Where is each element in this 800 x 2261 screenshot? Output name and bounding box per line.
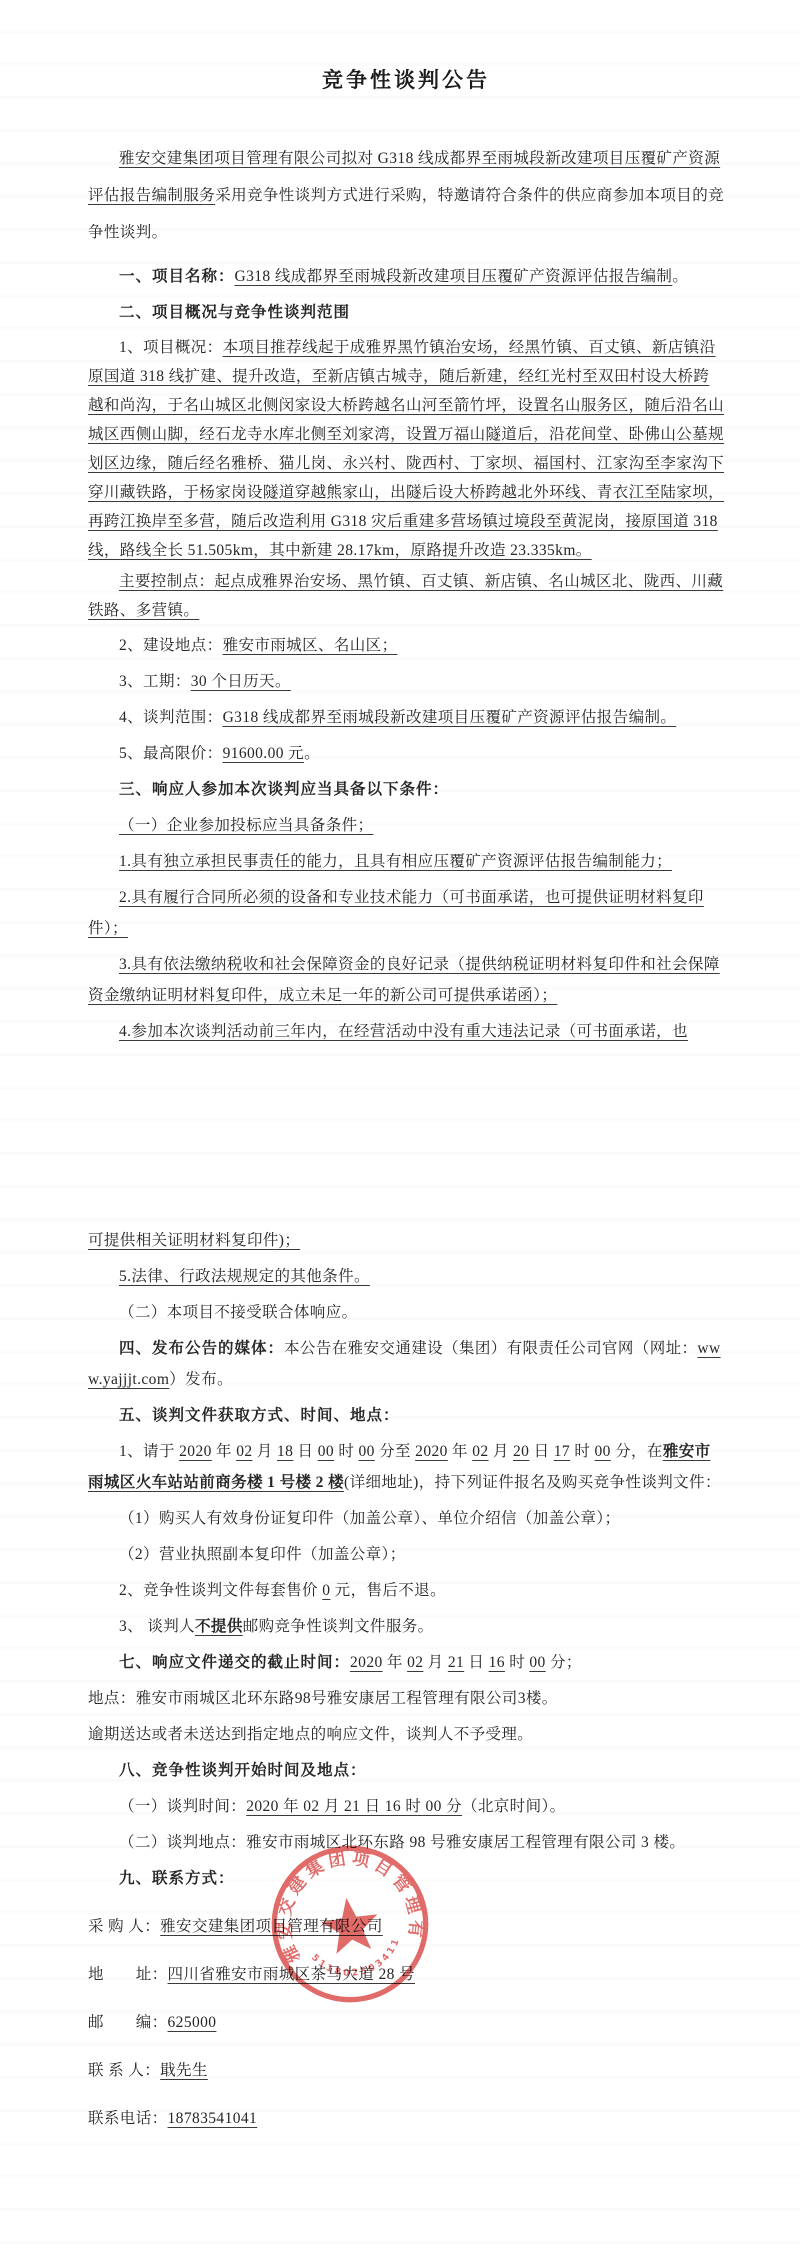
section-1-project-name: 一、项目名称：G318 线成都界至雨城段新改建项目压覆矿产资源评估报告编制。 <box>88 261 724 292</box>
text-run: 3、 谈判人 <box>119 1618 195 1635</box>
text-run: 本项目推荐线起于成雅界黑竹镇治安场，经黑竹镇、百丈镇、新店镇沿原国道 318 线… <box>88 339 724 559</box>
condition-item-2: 2.具有履行合同所必须的设备和专业技术能力（可书面承诺，也可提供证明材料复印件）… <box>88 882 724 944</box>
text-run: 4.参加本次谈判活动前三年内，在经营活动中没有重大违法记录（可书面承诺，也 <box>119 1023 688 1040</box>
duration: 3、工期：30 个日历天。 <box>88 666 724 697</box>
text-run: 时 <box>505 1654 529 1671</box>
section-2-heading: 二、项目概况与竞争性谈判范围 <box>88 297 724 328</box>
text-run: G318 线成都界至雨城段新改建项目压覆矿产资源评估报告编制 <box>235 268 673 285</box>
text-run: 02 <box>236 1443 252 1460</box>
text-run: 逾期送达或者未送达到指定地点的响应文件，谈判人不予受理。 <box>88 1726 533 1743</box>
condition-item-4-part-a: 4.参加本次谈判活动前三年内，在经营活动中没有重大违法记录（可书面承诺，也 <box>88 1016 724 1047</box>
text-run: 地 址： <box>88 1966 168 1983</box>
no-mail-order: 3、 谈判人不提供邮购竞争性谈判文件服务。 <box>88 1611 724 1642</box>
text-run: 18 <box>277 1443 293 1460</box>
text-run: 625000 <box>168 2014 217 2031</box>
text-run: 00 <box>529 1654 545 1671</box>
text-run: 五、谈判文件获取方式、时间、地点： <box>119 1407 400 1424</box>
text-run: 分； <box>546 1654 582 1671</box>
condition-part-2: （二）本项目不接受联合体响应。 <box>88 1297 724 1328</box>
text-run: G318 线成都界至雨城段新改建项目压覆矿产资源评估报告编制。 <box>223 709 677 726</box>
text-run: 采 购 人： <box>88 1918 160 1935</box>
text-run: 邮 编： <box>88 2014 168 2031</box>
text-run: 02 <box>472 1443 488 1460</box>
section-9-heading: 九、联系方式： <box>88 1863 724 1894</box>
contact-person: 联 系 人：戢先生 <box>88 2055 724 2086</box>
text-run: 。 <box>304 745 320 762</box>
page-title: 竞争性谈判公告 <box>88 64 724 94</box>
text-run: （一）企业参加投标应当具备条件； <box>119 817 373 834</box>
text-run: 不提供 <box>195 1618 243 1635</box>
text-run: 联 系 人： <box>88 2062 160 2079</box>
text-run: 00 <box>595 1443 611 1460</box>
text-run: 时 <box>570 1443 594 1460</box>
text-run: 5.法律、行政法规规定的其他条件。 <box>119 1268 370 1285</box>
submission-place: 地点：雅安市雨城区北环东路98号雅安康居工程管理有限公司3楼。 <box>88 1683 724 1714</box>
text-run: 邮购竞争性谈判文件服务。 <box>243 1618 434 1635</box>
text-run: 2020 <box>415 1443 448 1460</box>
text-run: 16 <box>489 1654 505 1671</box>
section-3-heading: 三、响应人参加本次谈判应当具备以下条件： <box>88 774 724 805</box>
text-run: 七、响应文件递交的截止时间： <box>119 1654 350 1671</box>
text-run: 18783541041 <box>168 2110 258 2127</box>
text-run: 四、发布公告的媒体： <box>119 1340 284 1357</box>
contact-postcode: 邮 编：625000 <box>88 2007 724 2038</box>
text-run: 2.具有履行合同所必须的设备和专业技术能力（可书面承诺，也可提供证明材料复印件）… <box>88 889 704 937</box>
text-run: 月 <box>253 1443 277 1460</box>
text-run: 月 <box>423 1654 447 1671</box>
condition-item-5: 5.法律、行政法规规定的其他条件。 <box>88 1261 724 1292</box>
text-run: 月 <box>489 1443 513 1460</box>
section-5-heading: 五、谈判文件获取方式、时间、地点： <box>88 1400 724 1431</box>
text-run: 年 <box>212 1443 236 1460</box>
condition-item-4-part-b: 可提供相关证明材料复印件)； <box>88 1225 724 1256</box>
construction-location: 2、建设地点：雅安市雨城区、名山区； <box>88 630 724 661</box>
text-run: 四川省雅安市雨城区茶马大道 28 号 <box>168 1966 415 1983</box>
text-run: （1）购买人有效身份证复印件（加盖公章）、单位介绍信（加盖公章）； <box>119 1510 620 1527</box>
text-run: 30 个日历天。 <box>191 673 291 690</box>
text-run: 八、竞争性谈判开始时间及地点： <box>119 1762 367 1779</box>
document-price: 2、竞争性谈判文件每套售价 0 元，售后不退。 <box>88 1575 724 1606</box>
price-ceiling: 5、最高限价：91600.00 元。 <box>88 738 724 769</box>
condition-item-3: 3.具有依法缴纳税收和社会保障资金的良好记录（提供纳税证明材料复印件和社会保障资… <box>88 949 724 1011</box>
text-run: 1、请于 <box>119 1443 179 1460</box>
contact-purchaser: 采 购 人：雅安交建集团项目管理有限公司 <box>88 1911 724 1942</box>
section-7-deadline: 七、响应文件递交的截止时间：2020 年 02 月 21 日 16 时 00 分… <box>88 1647 724 1678</box>
text-run: 17 <box>554 1443 570 1460</box>
text-run: 4、谈判范围： <box>119 709 223 726</box>
text-run: 本公告在雅安交通建设（集团）有限责任公司官网（网址： <box>284 1340 697 1357</box>
text-run: 雅安市雨城区、名山区； <box>223 637 398 654</box>
intro-paragraph: 雅安交建集团项目管理有限公司拟对 G318 线成都界至雨城段新改建项目压覆矿产资… <box>88 140 724 251</box>
required-credential-1: （1）购买人有效身份证复印件（加盖公章）、单位介绍信（加盖公章）； <box>88 1503 724 1534</box>
text-run: 2020 <box>350 1654 383 1671</box>
text-run: 2、建设地点： <box>119 637 223 654</box>
document-obtain-time: 1、请于 2020 年 02 月 18 日 00 时 00 分至 2020 年 … <box>88 1436 724 1498</box>
text-run: (详细地址)，持下列证件报名及购买竞争性谈判文件： <box>344 1474 721 1491</box>
text-run: （北京时间）。 <box>462 1798 566 1815</box>
text-run: 5、最高限价： <box>119 745 223 762</box>
text-run: ）发布。 <box>169 1371 233 1388</box>
text-run: 00 <box>359 1443 375 1460</box>
text-run: 3.具有依法缴纳税收和社会保障资金的良好记录（提供纳税证明材料复印件和社会保障资… <box>88 956 720 1004</box>
page-break-gap <box>88 1052 724 1220</box>
text-run: 3、工期： <box>119 673 191 690</box>
text-run: 20 <box>513 1443 529 1460</box>
text-run: 00 <box>318 1443 334 1460</box>
contact-address: 地 址：四川省雅安市雨城区茶马大道 28 号 <box>88 1959 724 1990</box>
condition-item-1: 1.具有独立承担民事责任的能力，且具有相应压覆矿产资源评估报告编制能力； <box>88 846 724 877</box>
text-run: 雅安交建集团项目管理有限公司 <box>160 1918 383 1935</box>
text-run: （2）营业执照副本复印件（加盖公章）； <box>119 1546 406 1563</box>
text-run: 三、响应人参加本次谈判应当具备以下条件： <box>119 781 449 798</box>
condition-part-1: （一）企业参加投标应当具备条件； <box>88 810 724 841</box>
late-delivery-note: 逾期送达或者未送达到指定地点的响应文件，谈判人不予受理。 <box>88 1719 724 1750</box>
text-run: 2020 <box>179 1443 212 1460</box>
text-run: 1.具有独立承担民事责任的能力，且具有相应压覆矿产资源评估报告编制能力； <box>119 853 672 870</box>
document-body: 雅安交建集团项目管理有限公司拟对 G318 线成都界至雨城段新改建项目压覆矿产资… <box>88 140 724 2134</box>
project-overview: 1、项目概况：本项目推荐线起于成雅界黑竹镇治安场，经黑竹镇、百丈镇、新店镇沿原国… <box>88 333 724 565</box>
text-run: 日 <box>464 1654 488 1671</box>
text-run: 2020 年 02 月 21 日 16 时 00 分 <box>246 1798 462 1815</box>
text-run: 年 <box>383 1654 407 1671</box>
text-run: 一、项目名称： <box>119 268 235 285</box>
text-run: 1、项目概况： <box>119 339 223 356</box>
key-control-points: 主要控制点：起点成雅界治安场、黑竹镇、百丈镇、新店镇、名山城区北、陇西、川藏铁路… <box>88 567 724 625</box>
text-run: 。 <box>672 268 688 285</box>
negotiation-place: （二）谈判地点：雅安市雨城区北环东路 98 号雅安康居工程管理有限公司 3 楼。 <box>88 1827 724 1858</box>
text-run: （二）谈判地点：雅安市雨城区北环东路 98 号雅安康居工程管理有限公司 3 楼。 <box>119 1834 685 1851</box>
section-8-heading: 八、竞争性谈判开始时间及地点： <box>88 1755 724 1786</box>
text-run: 联系电话： <box>88 2110 168 2127</box>
negotiation-scope: 4、谈判范围：G318 线成都界至雨城段新改建项目压覆矿产资源评估报告编制。 <box>88 702 724 733</box>
text-run: 91600.00 元 <box>223 745 305 762</box>
required-credential-2: （2）营业执照副本复印件（加盖公章）； <box>88 1539 724 1570</box>
section-4-media: 四、发布公告的媒体：本公告在雅安交通建设（集团）有限责任公司官网（网址：www.… <box>88 1333 724 1395</box>
text-run: 主要控制点：起点成雅界治安场、黑竹镇、百丈镇、新店镇、名山城区北、陇西、川藏铁路… <box>88 573 723 619</box>
text-run: 元，售后不退。 <box>330 1582 446 1599</box>
text-run: 九、联系方式： <box>119 1870 235 1887</box>
announcement-page: 竞争性谈判公告 雅安交建集团项目管理有限公司拟对 G318 线成都界至雨城段新改… <box>0 0 800 2261</box>
text-run: 分，在 <box>611 1443 663 1460</box>
text-run: 可提供相关证明材料复印件)； <box>88 1232 300 1249</box>
text-run: 戢先生 <box>160 2062 208 2079</box>
text-run: （二）本项目不接受联合体响应。 <box>119 1304 358 1321</box>
text-run: 21 <box>448 1654 464 1671</box>
text-run: 2、竞争性谈判文件每套售价 <box>119 1582 322 1599</box>
text-run: （一）谈判时间： <box>119 1798 246 1815</box>
text-run: 日 <box>293 1443 317 1460</box>
negotiation-time: （一）谈判时间：2020 年 02 月 21 日 16 时 00 分（北京时间）… <box>88 1791 724 1822</box>
text-run: 02 <box>407 1654 423 1671</box>
text-run: 二、项目概况与竞争性谈判范围 <box>119 304 350 321</box>
text-run: 年 <box>448 1443 472 1460</box>
text-run: 地点：雅安市雨城区北环东路98号雅安康居工程管理有限公司3楼。 <box>88 1690 558 1707</box>
text-run: 时 <box>334 1443 358 1460</box>
text-run: 分至 <box>375 1443 415 1460</box>
contact-phone: 联系电话：18783541041 <box>88 2103 724 2134</box>
text-run: 日 <box>529 1443 553 1460</box>
